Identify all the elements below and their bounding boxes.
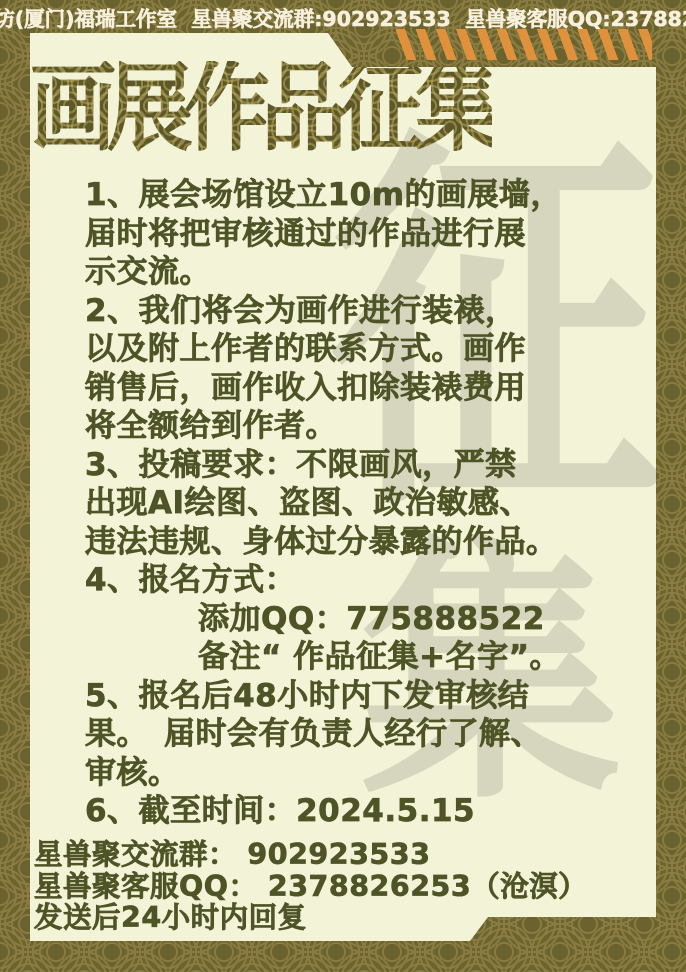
rule-line: 审核。 [85,754,630,793]
rule-line-remark: 备注“ 作品征集+名字”。 [85,638,630,677]
rule-line-qq: 添加QQ：775888522 [85,600,630,639]
hazard-stripes [396,29,652,60]
rule-line: 示交流。 [85,253,630,292]
rule-line: 以及附上作者的联系方式。画作 [85,330,630,369]
rule-line: 出现AI绘图、盗图、政治敏感、 [85,484,630,523]
footer-line-group: 星兽聚交流群： 902923533 [34,839,634,871]
rule-line: 果。 届时会有负责人经行了解、 [85,715,630,754]
rule-line: 3、投稿要求：不限画风，严禁 [85,446,630,485]
rules-list: 1、展会场馆设立10m的画展墙， 届时将把审核通过的作品进行展 示交流。 2、我… [85,176,630,831]
header-contact-text: 星兽工坊(厦门)福瑞工作室 星兽聚交流群:902923533 星兽聚客服QQ:2… [0,2,686,32]
rule-line: 2、我们将会为画作进行装裱， [85,292,630,331]
poster-title: 画展作品征集 [30,61,492,157]
rule-line-deadline: 6、截至时间：2024.5.15 [85,792,630,831]
poster-panel: 征 集 画展作品征集 1、展会场馆设立10m的画展墙， 届时将把审核通过的作品进… [30,33,656,941]
footer-line-reply: 发送后24小时内回复 [34,902,634,934]
rule-line: 5、报名后48小时内下发审核结 [85,677,630,716]
footer-contact: 星兽聚交流群： 902923533 星兽聚客服QQ： 2378826253（沧溟… [34,839,634,934]
rule-line: 1、展会场馆设立10m的画展墙， [85,176,630,215]
rule-line: 4、报名方式： [85,561,630,600]
poster-page: { "header": { "text": "星兽工坊(厦门)福瑞工作室 星兽聚… [0,0,686,972]
rule-line: 届时将把审核通过的作品进行展 [85,215,630,254]
rule-line: 违法违规、身体过分暴露的作品。 [85,523,630,562]
rule-line: 将全额给到作者。 [85,407,630,446]
rule-line: 销售后，画作收入扣除装裱费用 [85,369,630,408]
footer-line-service-qq: 星兽聚客服QQ： 2378826253（沧溟） [34,871,634,903]
